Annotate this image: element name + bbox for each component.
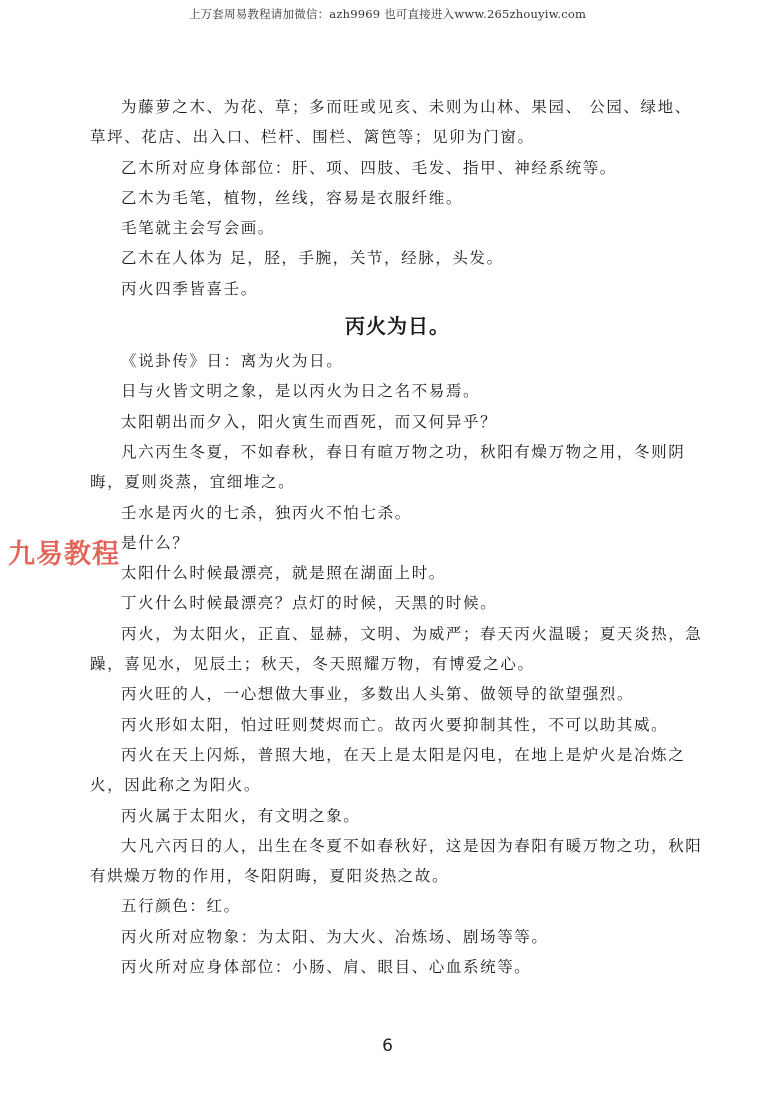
paragraph: 乙木为毛笔，植物，丝线，容易是衣服纤维。 [90, 183, 705, 213]
page-header-banner: 上万套周易教程请加微信：azh9969 也可直接进入www.265zhouyiw… [0, 6, 775, 22]
paragraph: 丙火形如太阳，怕过旺则焚烬而亡。故丙火要抑制其性，不可以助其威。 [90, 710, 705, 740]
paragraph: 日与火皆文明之象，是以丙火为日之名不易焉。 [90, 376, 705, 406]
paragraph: 五行颜色：红。 [90, 891, 705, 921]
paragraph: 丙火属于太阳火，有文明之象。 [90, 801, 705, 831]
paragraph: 丙火在天上闪烁，普照大地，在天上是太阳是闪电，在地上是炉火是冶炼之火，因此称之为… [90, 740, 705, 801]
paragraph: 乙木所对应身体部位：肝、项、四肢、毛发、指甲、神经系统等。 [90, 153, 705, 183]
paragraph: 是什么？ [90, 528, 705, 558]
paragraph: 太阳朝出而夕入，阳火寅生而酉死，而又何异乎？ [90, 407, 705, 437]
paragraph: 丁火什么时候最漂亮？点灯的时候，天黑的时候。 [90, 588, 705, 618]
paragraph: 丙火，为太阳火，正直、显赫，文明、为威严；春天丙火温暖；夏天炎热，急躁，喜见水，… [90, 619, 705, 680]
paragraph: 丙火所对应身体部位：小肠、肩、眼目、心血系统等。 [90, 952, 705, 982]
paragraph: 为藤萝之木、为花、草；多而旺或见亥、未则为山林、果园、 公园、绿地、草坪、花店、… [90, 92, 705, 153]
paragraph: 太阳什么时候最漂亮，就是照在湖面上时。 [90, 558, 705, 588]
paragraph: 大凡六丙日的人，出生在冬夏不如春秋好，这是因为春阳有暖万物之功，秋阳有烘燥万物的… [90, 831, 705, 892]
paragraph: 丙火所对应物象：为太阳、为大火、冶炼场、剧场等等。 [90, 922, 705, 952]
section-title: 丙火为日。 [90, 306, 705, 346]
paragraph: 丙火旺的人，一心想做大事业，多数出人头第、做领导的欲望强烈。 [90, 679, 705, 709]
paragraph: 凡六丙生冬夏，不如春秋，春日有暄万物之功，秋阳有燥万物之用，冬则阴晦，夏则炎蒸，… [90, 437, 705, 498]
document-body: 为藤萝之木、为花、草；多而旺或见亥、未则为山林、果园、 公园、绿地、草坪、花店、… [90, 92, 705, 982]
paragraph: 毛笔就主会写会画。 [90, 213, 705, 243]
paragraph: 《说卦传》日：离为火为日。 [90, 346, 705, 376]
paragraph: 乙木在人体为 足，胫，手腕，关节，经脉，头发。 [90, 243, 705, 273]
page-number: 6 [0, 1036, 775, 1056]
paragraph: 丙火四季皆喜壬。 [90, 274, 705, 304]
watermark-logo: 九易教程 [8, 532, 120, 571]
paragraph: 壬水是丙火的七杀，独丙火不怕七杀。 [90, 498, 705, 528]
